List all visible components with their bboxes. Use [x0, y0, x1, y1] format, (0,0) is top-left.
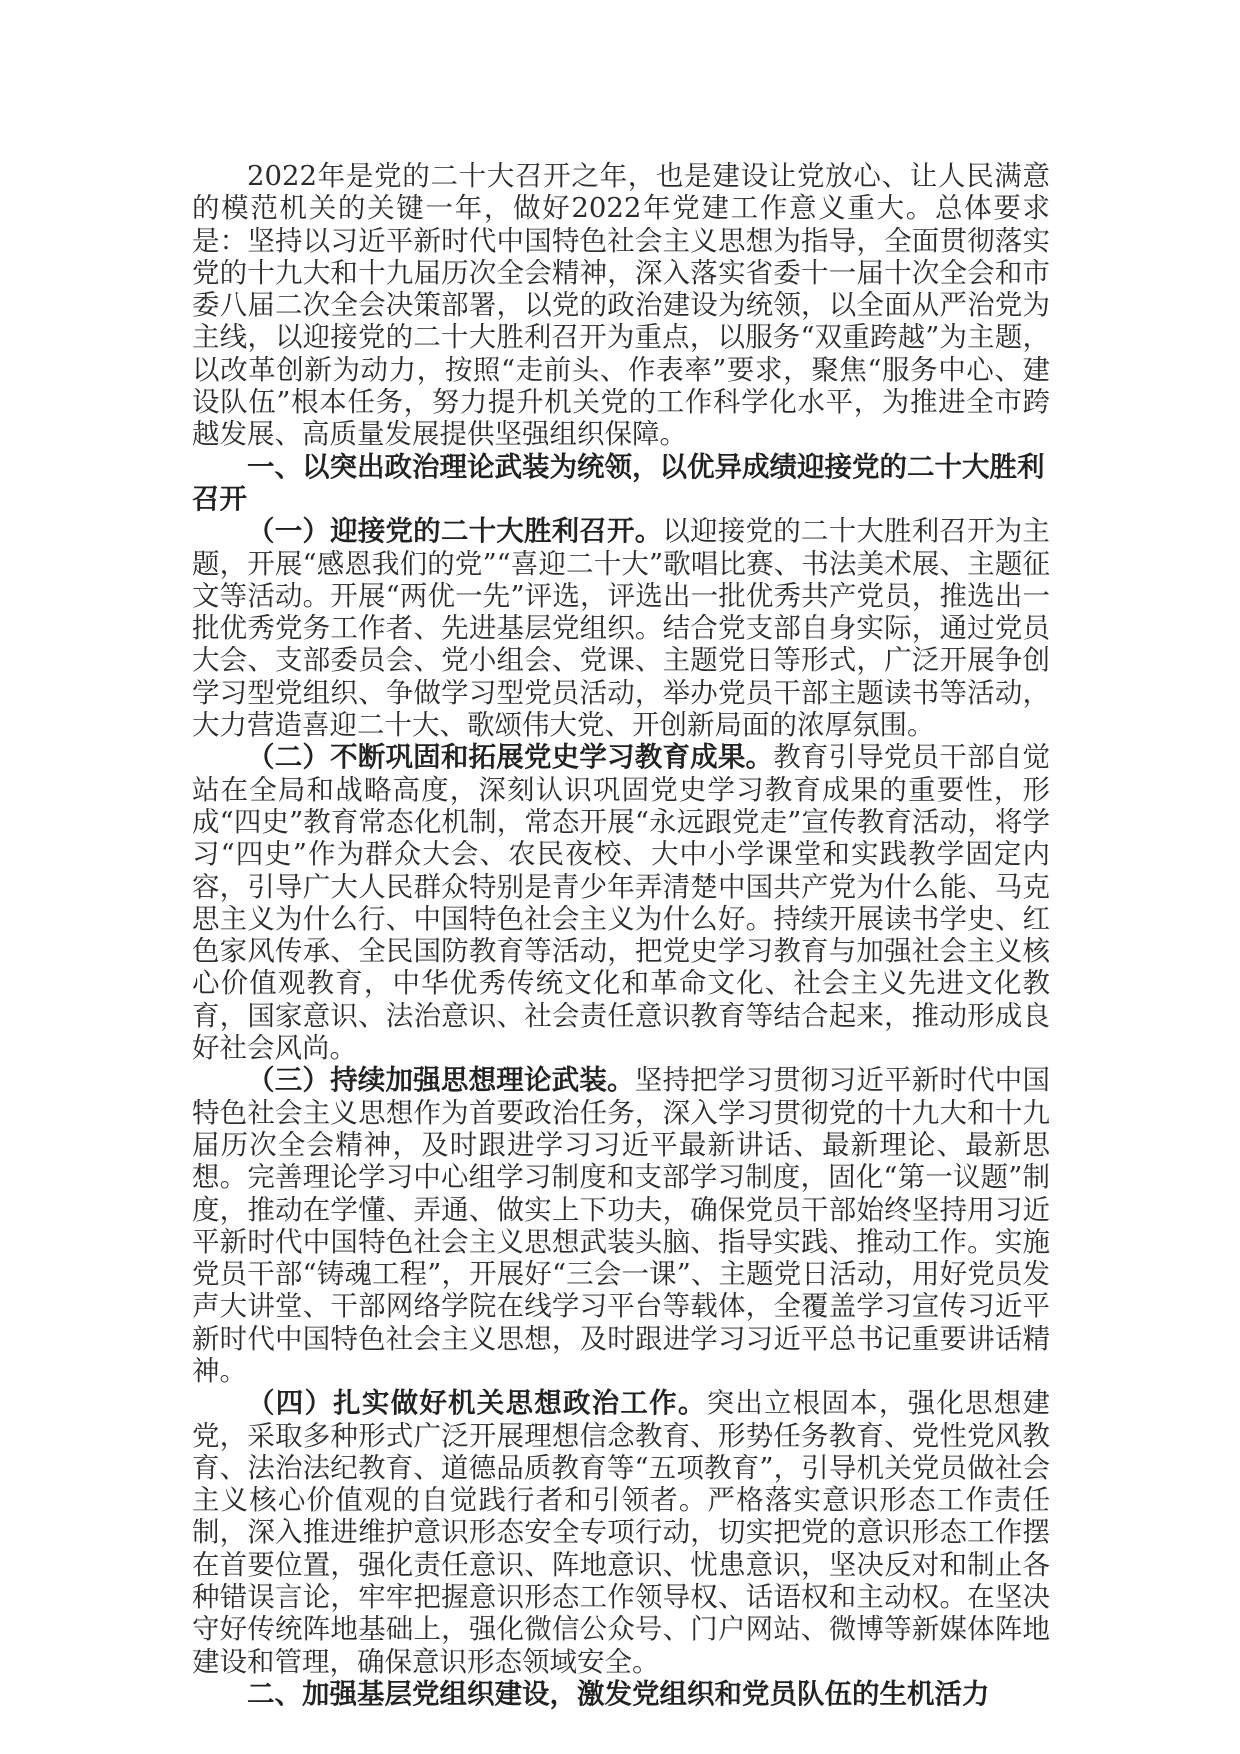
document-page: 2022年是党的二十大召开之年，也是建设让党放心、让人民满意的模范机关的关键一年… [192, 160, 1050, 1710]
paragraph-lead: （四）扎实做好机关思想政治工作。 [247, 1387, 707, 1419]
intro-paragraph: 2022年是党的二十大召开之年，也是建设让党放心、让人民满意的模范机关的关键一年… [192, 160, 1050, 451]
paragraph-text: 坚持把学习贯彻习近平新时代中国特色社会主义思想作为首要政治任务，深入学习贯彻党的… [192, 1064, 1050, 1387]
paragraph-lead: （三）持续加强思想理论武装。 [247, 1064, 635, 1096]
paragraph-lead: （一）迎接党的二十大胜利召开。 [247, 515, 662, 547]
paragraph-1-1: （一）迎接党的二十大胜利召开。以迎接党的二十大胜利召开为主题，开展“感恩我们的党… [192, 515, 1050, 741]
paragraph-text: 教育引导党员干部自觉站在全局和战略高度，深刻认识巩固党史学习教育成果的重要性，形… [192, 741, 1050, 1064]
paragraph-text: 以迎接党的二十大胜利召开为主题，开展“感恩我们的党”“喜迎二十大”歌唱比赛、书法… [192, 515, 1050, 741]
paragraph-lead: （二）不断巩固和拓展党史学习教育成果。 [247, 741, 773, 773]
section-heading-1: 一、以突出政治理论武装为统领，以优异成绩迎接党的二十大胜利召开 [192, 451, 1050, 516]
paragraph-1-4: （四）扎实做好机关思想政治工作。突出立根固本，强化思想建党，采取多种形式广泛开展… [192, 1387, 1050, 1678]
paragraph-text: 突出立根固本，强化思想建党，采取多种形式广泛开展理想信念教育、形势任务教育、党性… [192, 1387, 1050, 1677]
paragraph-1-2: （二）不断巩固和拓展党史学习教育成果。教育引导党员干部自觉站在全局和战略高度，深… [192, 741, 1050, 1064]
paragraph-1-3: （三）持续加强思想理论武装。坚持把学习贯彻习近平新时代中国特色社会主义思想作为首… [192, 1064, 1050, 1387]
section-heading-2: 二、加强基层党组织建设，激发党组织和党员队伍的生机活力 [192, 1678, 1050, 1710]
